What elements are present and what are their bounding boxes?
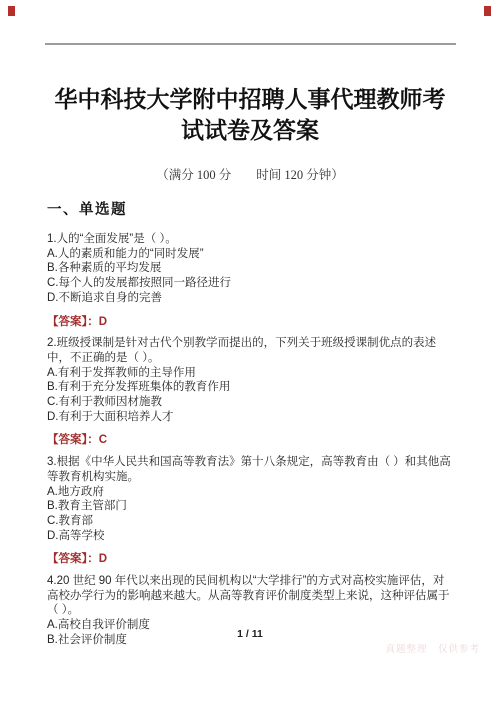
exam-page: 华中科技大学附中招聘人事代理教师考试试卷及答案 （满分 100 分 时间 120… — [0, 0, 500, 707]
question-2: 2.班级授课制是针对古代个别教学而提出的，下列关于班级授课制优点的表述中，不正确… — [47, 336, 455, 448]
question-3: 3.根据《中华人民共和国高等教育法》第十八条规定，高等教育由（ ）和其他高等教育… — [47, 455, 455, 567]
question-3-stem: 3.根据《中华人民共和国高等教育法》第十八条规定，高等教育由（ ）和其他高等教育… — [47, 455, 455, 484]
section-heading: 一、单选题 — [47, 198, 455, 219]
question-1-option-b: B.各种素质的平均发展 — [47, 261, 455, 276]
corner-mark-right-icon — [484, 6, 491, 16]
question-3-answer-line: 【答案】：D — [47, 552, 455, 567]
answer-value: C — [99, 434, 107, 446]
answer-label: 【答案】： — [47, 553, 99, 565]
question-2-option-c: C.有利于教师因材施教 — [47, 395, 455, 410]
question-2-option-d: D.有利于大面积培养人才 — [47, 410, 455, 425]
question-1-answer-line: 【答案】：D — [47, 315, 455, 330]
answer-label: 【答案】： — [47, 434, 99, 446]
question-1: 1.人的“全面发展”是（ ）。 A.人的素质和能力的“同时发展” B.各种素质的… — [47, 232, 455, 329]
question-3-option-c: C.教育部 — [47, 514, 455, 529]
exam-content: 一、单选题 1.人的“全面发展”是（ ）。 A.人的素质和能力的“同时发展” B… — [47, 198, 455, 648]
answer-label: 【答案】： — [47, 316, 99, 328]
question-4-stem: 4.20 世纪 90 年代以来出现的民间机构以“大学排行”的方式对高校实施评估，… — [47, 574, 455, 618]
answer-value: D — [99, 553, 107, 565]
question-1-option-a: A.人的素质和能力的“同时发展” — [47, 247, 455, 262]
watermark: 真题整理 仅供参考 — [385, 641, 480, 655]
top-divider — [45, 43, 456, 45]
exam-meta: （满分 100 分 时间 120 分钟） — [0, 165, 500, 183]
question-2-option-a: A.有利于发挥教师的主导作用 — [47, 366, 455, 381]
page-title: 华中科技大学附中招聘人事代理教师考试试卷及答案 — [48, 84, 452, 146]
question-3-option-a: A.地方政府 — [47, 485, 455, 500]
question-2-option-b: B.有利于充分发挥班集体的教育作用 — [47, 380, 455, 395]
answer-value: D — [99, 316, 107, 328]
page-number: 1 / 11 — [0, 628, 500, 640]
question-2-stem: 2.班级授课制是针对古代个别教学而提出的，下列关于班级授课制优点的表述中，不正确… — [47, 336, 455, 365]
question-2-answer-line: 【答案】：C — [47, 433, 455, 448]
question-3-option-d: D.高等学校 — [47, 529, 455, 544]
question-1-stem: 1.人的“全面发展”是（ ）。 — [47, 232, 455, 247]
question-3-option-b: B.教育主管部门 — [47, 499, 455, 514]
question-1-option-d: D.不断追求自身的完善 — [47, 291, 455, 306]
question-1-option-c: C.每个人的发展都按照同一路径进行 — [47, 276, 455, 291]
corner-mark-left-icon — [8, 6, 15, 16]
